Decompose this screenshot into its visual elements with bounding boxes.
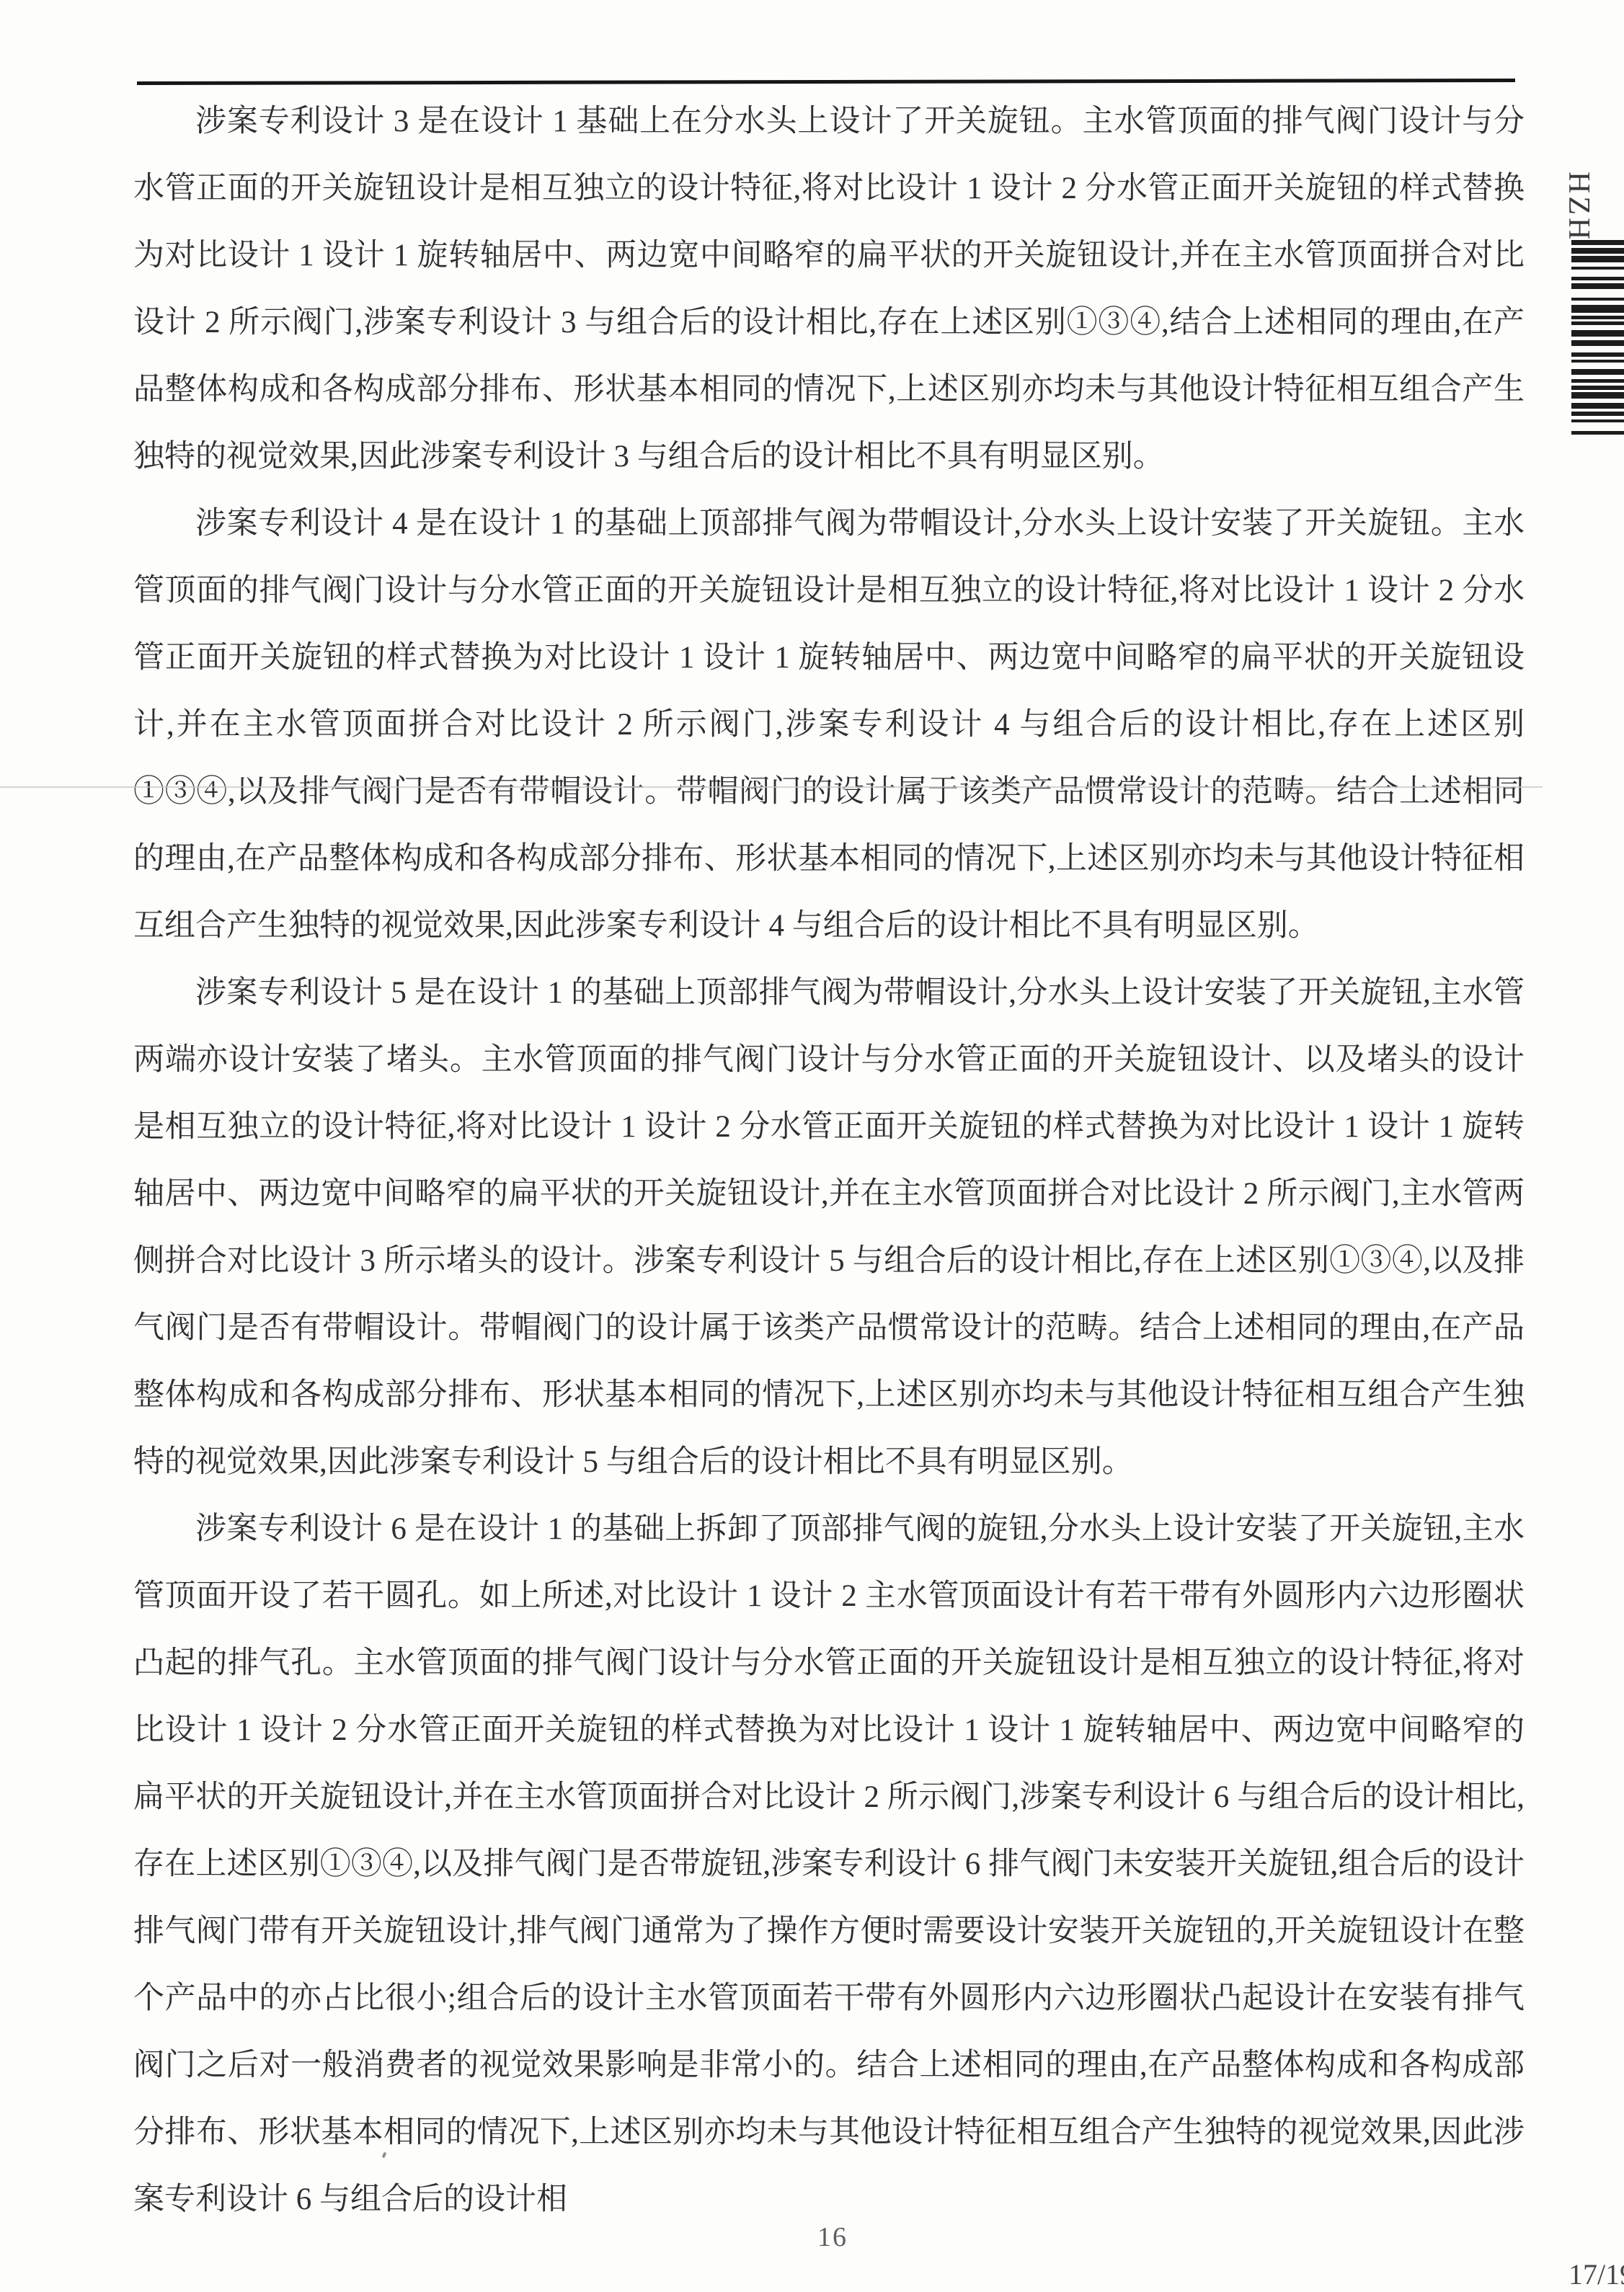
barcode-bar [1571,392,1624,399]
barcode-bar [1571,240,1624,245]
barcode [1571,240,1624,449]
barcode-bar [1571,403,1624,409]
barcode-bar [1571,256,1624,262]
body-text: 涉案专利设计 3 是在设计 1 基础上在分水头上设计了开关旋钮。主水管顶面的排气… [133,88,1525,2233]
scanned-page: 涉案专利设计 3 是在设计 1 基础上在分水头上设计了开关旋钮。主水管顶面的排气… [0,0,1624,2292]
barcode-bar [1571,316,1624,319]
barcode-bar [1571,298,1624,301]
barcode-bar [1571,386,1624,390]
barcode-bar [1571,360,1624,363]
paragraph-design-6: 涉案专利设计 6 是在设计 1 的基础上拆卸了顶部排气阀的旋钮,分水头上设计安装… [133,1496,1525,2233]
paragraph-design-5: 涉案专利设计 5 是在设计 1 的基础上顶部排气阀为带帽设计,分水头上设计安装了… [133,959,1525,1496]
barcode-bar [1571,321,1624,325]
barcode-bar [1571,277,1624,280]
header-rule [137,79,1515,85]
barcode-bar [1571,379,1624,383]
barcode-bar [1571,431,1624,435]
barcode-bar [1571,340,1624,346]
barcode-bar [1571,419,1624,422]
barcode-bar [1571,369,1624,375]
sheet-indicator: 17/19 [1568,2257,1624,2291]
barcode-bar [1571,330,1624,337]
barcode-bar [1571,412,1624,416]
page-number: 16 [786,2221,879,2253]
barcode-bar [1571,267,1624,270]
barcode-bar [1571,352,1624,357]
scan-artifact-line [0,786,1543,788]
barcode-bar [1571,283,1624,289]
hzh-stamp-text: HZH [1561,172,1596,242]
paragraph-design-4: 涉案专利设计 4 是在设计 1 的基础上顶部排气阀为带帽设计,分水头上设计安装了… [133,490,1525,959]
barcode-bar [1571,248,1624,254]
paragraph-design-3: 涉案专利设计 3 是在设计 1 基础上在分水头上设计了开关旋钮。主水管顶面的排气… [133,88,1525,490]
barcode-bar [1571,305,1624,313]
